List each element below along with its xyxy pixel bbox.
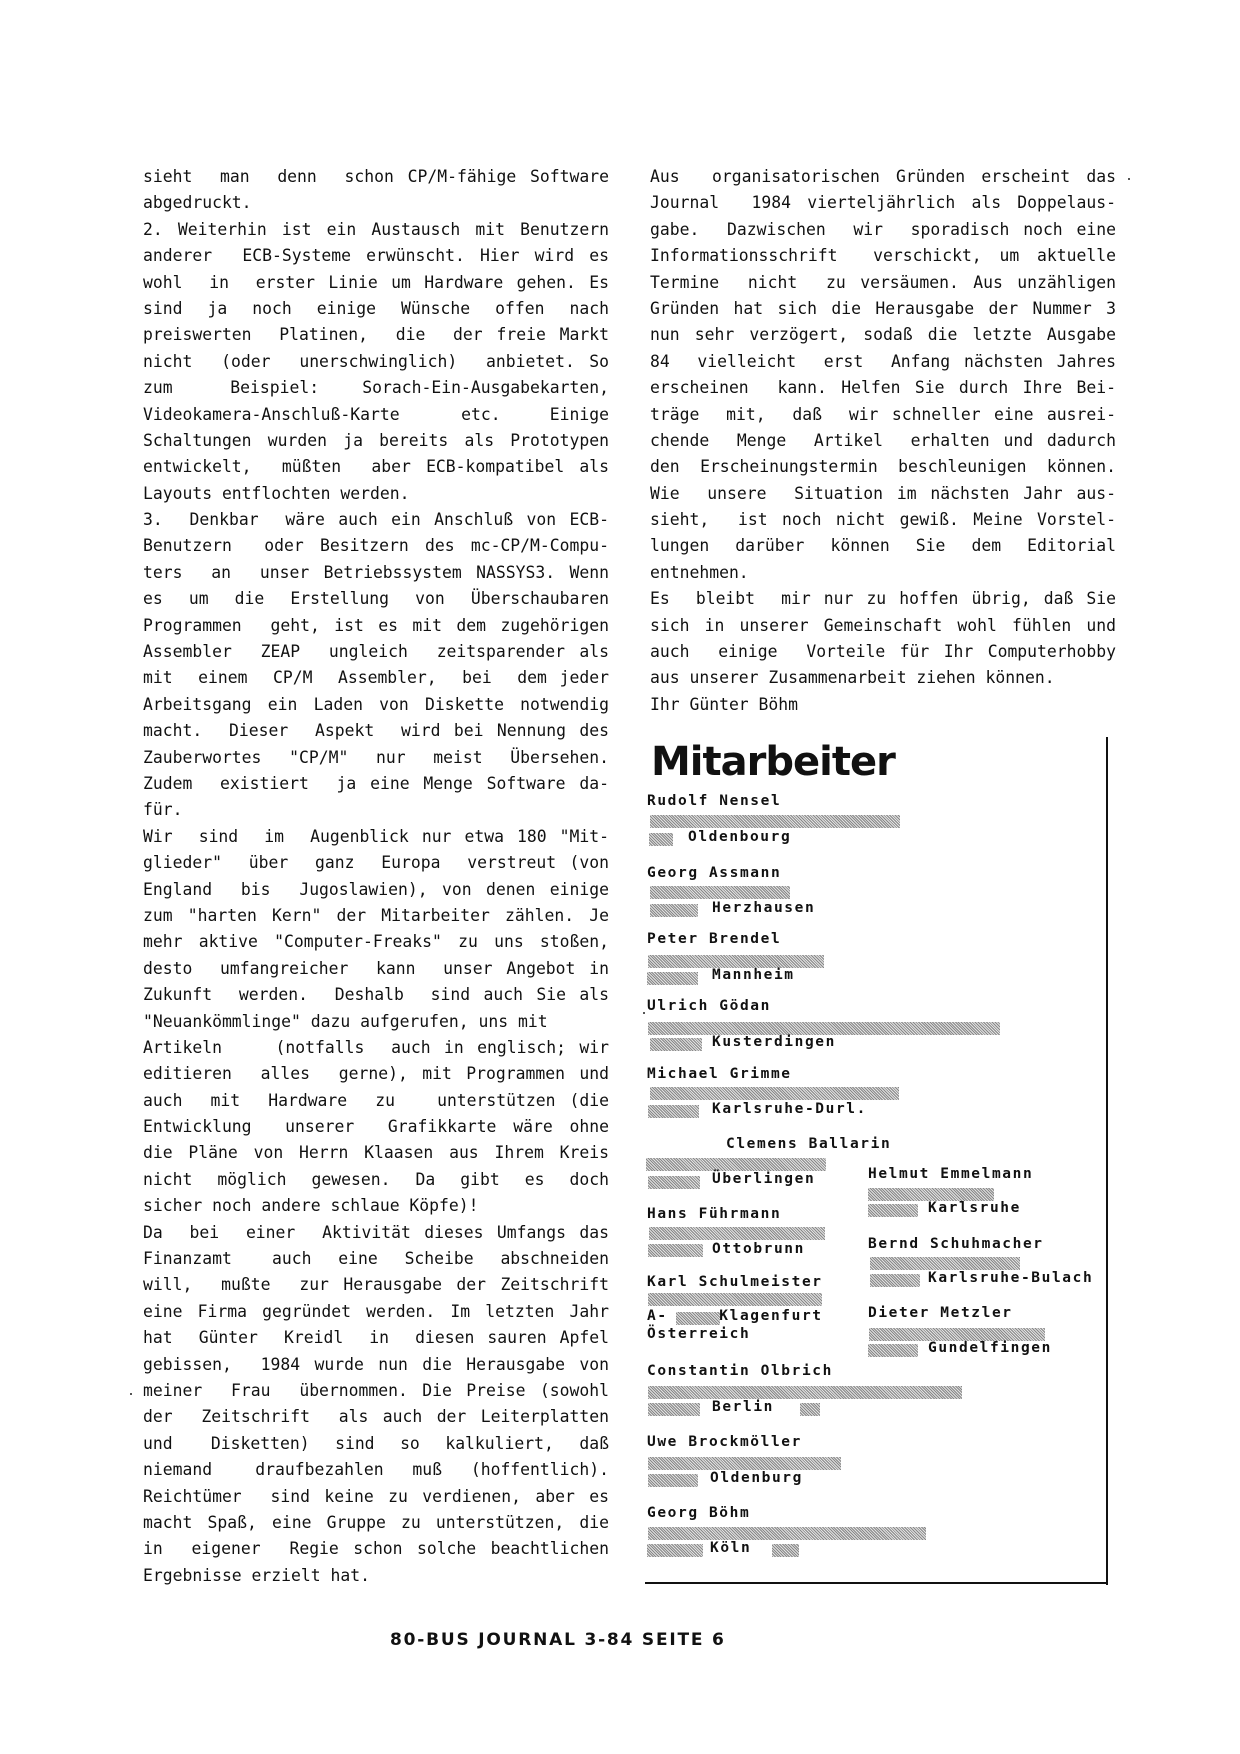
redacted-zip-bar <box>649 833 673 846</box>
page-footer: 80-BUS JOURNAL 3-84 SEITE 6 <box>390 1630 726 1650</box>
contributor-city: Ottobrunn <box>712 1240 805 1258</box>
text-line: abgedruckt. <box>143 190 609 216</box>
text-line: auch mit Hardware zu unterstützen (die <box>143 1088 609 1114</box>
redacted-address-bar <box>648 1527 926 1540</box>
redacted-zip-bar <box>647 972 698 985</box>
contributor-city: Karlsruhe-Bulach <box>928 1269 1093 1287</box>
text-line: ters an unser Betriebssystem NASSYS3. We… <box>143 560 609 586</box>
text-line: Es bleibt mir nur zu hoffen übrig, daß S… <box>650 586 1116 612</box>
text-line: Informationsschrift verschickt, um aktue… <box>650 243 1116 269</box>
contributor-city: Überlingen <box>712 1170 815 1188</box>
text-line: für. <box>143 797 609 823</box>
text-line: gabe. Dazwischen wir sporadisch noch ein… <box>650 217 1116 243</box>
contributor-country: Österreich <box>647 1325 750 1343</box>
text-line: Zukunft werden. Deshalb sind auch Sie al… <box>143 982 609 1008</box>
redacted-district-bar <box>800 1403 820 1416</box>
text-line: aus unserer Zusammenarbeit ziehen können… <box>650 665 1116 691</box>
text-line: Gründen hat sich die Herausgabe der Numm… <box>650 296 1116 322</box>
text-line: Benutzern oder Besitzern des mc-CP/M-Com… <box>143 533 609 559</box>
text-line: preiswerten Platinen, die der freie Mark… <box>143 322 609 348</box>
box-border-right <box>1106 737 1108 1585</box>
text-line: meiner Frau übernommen. Die Preise (sowo… <box>143 1378 609 1404</box>
redacted-zip-bar <box>870 1274 920 1287</box>
text-line: hat Günter Kreidl in diesen sauren Apfel <box>143 1325 609 1351</box>
contributor-city: Karlsruhe <box>928 1199 1021 1217</box>
contributor-name: Helmut Emmelmann <box>868 1165 1033 1183</box>
text-line: zum Beispiel: Sorach-Ein-Ausgabekarten, <box>143 375 609 401</box>
text-line: 84 vielleicht erst Anfang nächsten Jahre… <box>650 349 1116 375</box>
text-line: zum "harten Kern" der Mitarbeiter zählen… <box>143 903 609 929</box>
text-line: Termine nicht zu versäumen. Aus unzählig… <box>650 270 1116 296</box>
text-line: macht Spaß, eine Gruppe zu unterstützen,… <box>143 1510 609 1536</box>
text-line: Wir sind im Augenblick nur etwa 180 "Mit… <box>143 824 609 850</box>
text-line: Entwicklung unserer Grafikkarte wäre ohn… <box>143 1114 609 1140</box>
text-line: auch einige Vorteile für Ihr Computerhob… <box>650 639 1116 665</box>
text-line: wohl in erster Linie um Hardware gehen. … <box>143 270 609 296</box>
text-line: chende Menge Artikel erhalten und dadurc… <box>650 428 1116 454</box>
text-line: anderer ECB-Systeme erwünscht. Hier wird… <box>143 243 609 269</box>
redacted-address-bar <box>648 1293 822 1306</box>
text-line: Layouts entflochten werden. <box>143 481 609 507</box>
text-line: Ihr Günter Böhm <box>650 692 1116 718</box>
text-line: Zudem existiert ja eine Menge Software d… <box>143 771 609 797</box>
redacted-zip-bar <box>648 1403 700 1416</box>
text-line: Finanzamt auch eine Scheibe abschneiden <box>143 1246 609 1272</box>
redacted-address-bar <box>649 1227 825 1240</box>
text-line: Zauberwortes "CP/M" nur meist Übersehen. <box>143 745 609 771</box>
redacted-address-bar <box>650 1087 899 1100</box>
text-line: Reichtümer sind keine zu verdienen, aber… <box>143 1484 609 1510</box>
text-line: Wie unsere Situation im nächsten Jahr au… <box>650 481 1116 507</box>
text-line: nicht möglich gewesen. Da gibt es doch <box>143 1167 609 1193</box>
text-line: nicht (oder unerschwinglich) anbietet. S… <box>143 349 609 375</box>
contributor-name: Uwe Brockmöller <box>647 1433 802 1451</box>
redacted-zip-bar <box>650 1038 702 1051</box>
text-line: lungen darüber können Sie dem Editorial <box>650 533 1116 559</box>
redacted-district-bar <box>772 1544 799 1557</box>
text-line: es um die Erstellung von Überschaubaren <box>143 586 609 612</box>
contributor-name: Ulrich Gödan <box>647 997 771 1015</box>
text-line: Programmen geht, ist es mit dem zugehöri… <box>143 613 609 639</box>
contributor-name: Hans Führmann <box>647 1205 781 1223</box>
mitarbeiter-heading: Mitarbeiter <box>651 740 895 784</box>
redacted-address-bar <box>648 1386 962 1399</box>
text-line: entnehmen. <box>650 560 1116 586</box>
redacted-zip-bar <box>647 1544 703 1557</box>
text-line: sieht, ist noch nicht gewiß. Meine Vorst… <box>650 507 1116 533</box>
text-line: 3. Denkbar wäre auch ein Anschluß von EC… <box>143 507 609 533</box>
redacted-zip-bar <box>648 1244 703 1257</box>
contributor-city: Kusterdingen <box>712 1033 836 1051</box>
text-line: "Neuankömmlinge" dazu aufgerufen, uns mi… <box>143 1009 609 1035</box>
text-line: sicher noch andere schlaue Köpfe)! <box>143 1193 609 1219</box>
redacted-zip-bar <box>648 1176 700 1189</box>
left-text-column: sieht man denn schon CP/M-fähige Softwar… <box>143 164 609 1589</box>
text-line: glieder" über ganz Europa verstreut (von <box>143 850 609 876</box>
contributor-city: Karlsruhe-Durl. <box>712 1100 867 1118</box>
contributor-city: Oldenburg <box>710 1469 803 1487</box>
contributor-name: Rudolf Nensel <box>647 792 781 810</box>
text-line: erscheinen kann. Helfen Sie durch Ihre B… <box>650 375 1116 401</box>
contributor-name: Georg Böhm <box>647 1504 750 1522</box>
contributor-name: Peter Brendel <box>647 930 781 948</box>
contributor-city: Köln <box>710 1539 751 1557</box>
contributor-name: Michael Grimme <box>647 1065 792 1083</box>
text-line: sich in unserer Gemeinschaft wohl fühlen… <box>650 613 1116 639</box>
contributor-name: Constantin Olbrich <box>647 1362 833 1380</box>
text-line: editieren alles gerne), mit Programmen u… <box>143 1061 609 1087</box>
text-line: Arbeitsgang ein Laden von Diskette notwe… <box>143 692 609 718</box>
text-line: Journal 1984 vierteljährlich als Doppela… <box>650 190 1116 216</box>
text-line: sind ja noch einige Wünsche offen nach <box>143 296 609 322</box>
text-line: macht. Dieser Aspekt wird bei Nennung de… <box>143 718 609 744</box>
text-line: Da bei einer Aktivität dieses Umfangs da… <box>143 1220 609 1246</box>
text-line: den Erscheinungstermin beschleunigen kön… <box>650 454 1116 480</box>
text-line: in eigener Regie schon solche beachtlich… <box>143 1536 609 1562</box>
text-line: nun sehr verzögert, sodaß die letzte Aus… <box>650 322 1116 348</box>
text-line: 2. Weiterhin ist ein Austausch mit Benut… <box>143 217 609 243</box>
contributor-city: Mannheim <box>712 966 795 984</box>
redacted-address-bar <box>650 886 790 899</box>
text-line: Videokamera-Anschluß-Karte etc. Einige <box>143 402 609 428</box>
contributor-city: Herzhausen <box>712 899 815 917</box>
text-line: Assembler ZEAP ungleich zeitsparender al… <box>143 639 609 665</box>
text-line: will, mußte zur Herausgabe der Zeitschri… <box>143 1272 609 1298</box>
right-text-column: Aus organisatorischen Gründen erscheint … <box>650 164 1116 718</box>
text-line: die Pläne von Herrn Klaasen aus Ihrem Kr… <box>143 1140 609 1166</box>
text-line: Schaltungen wurden ja bereits als Protot… <box>143 428 609 454</box>
contributor-city: A- Klagenfurt <box>647 1307 823 1325</box>
contributor-city: Berlin <box>712 1398 774 1416</box>
contributor-city: Oldenbourg <box>688 828 791 846</box>
text-line: entwickelt, müßten aber ECB-kompatibel a… <box>143 454 609 480</box>
contributor-name: Karl Schulmeister <box>647 1273 823 1291</box>
text-line: Artikeln (notfalls auch in englisch; wir <box>143 1035 609 1061</box>
redacted-zip-bar <box>648 1474 698 1487</box>
text-line: gebissen, 1984 wurde nun die Herausgabe … <box>143 1352 609 1378</box>
redacted-zip-bar <box>868 1344 918 1357</box>
text-line: mit einem CP/M Assembler, bei dem jeder <box>143 665 609 691</box>
text-line: Ergebnisse erzielt hat. <box>143 1563 609 1589</box>
scan-speck <box>1128 178 1130 180</box>
redacted-zip-bar <box>650 904 698 917</box>
redacted-address-bar <box>650 815 900 828</box>
redacted-zip-bar <box>868 1204 918 1217</box>
contributor-city: Gundelfingen <box>928 1339 1052 1357</box>
text-line: Aus organisatorischen Gründen erscheint … <box>650 164 1116 190</box>
contributor-name: Dieter Metzler <box>868 1304 1013 1322</box>
text-line: mehr aktive "Computer-Freaks" zu uns sto… <box>143 929 609 955</box>
redacted-zip-bar <box>648 1105 699 1118</box>
text-line: desto umfangreicher kann unser Angebot i… <box>143 956 609 982</box>
contributor-name: Georg Assmann <box>647 864 781 882</box>
box-border-bottom <box>645 1582 1108 1584</box>
text-line: sieht man denn schon CP/M-fähige Softwar… <box>143 164 609 190</box>
text-line: der Zeitschrift als auch der Leiterplatt… <box>143 1404 609 1430</box>
text-line: niemand draufbezahlen muß (hoffentlich). <box>143 1457 609 1483</box>
scan-speck <box>643 1012 645 1014</box>
contributor-name: Bernd Schuhmacher <box>868 1235 1044 1253</box>
text-line: träge mit, daß wir schneller eine ausrei… <box>650 402 1116 428</box>
text-line: und Disketten) sind so kalkuliert, daß <box>143 1431 609 1457</box>
text-line: England bis Jugoslawien), von denen eini… <box>143 877 609 903</box>
scan-speck <box>130 1393 132 1395</box>
contributor-name: Clemens Ballarin <box>726 1135 891 1153</box>
text-line: eine Firma gegründet werden. Im letzten … <box>143 1299 609 1325</box>
